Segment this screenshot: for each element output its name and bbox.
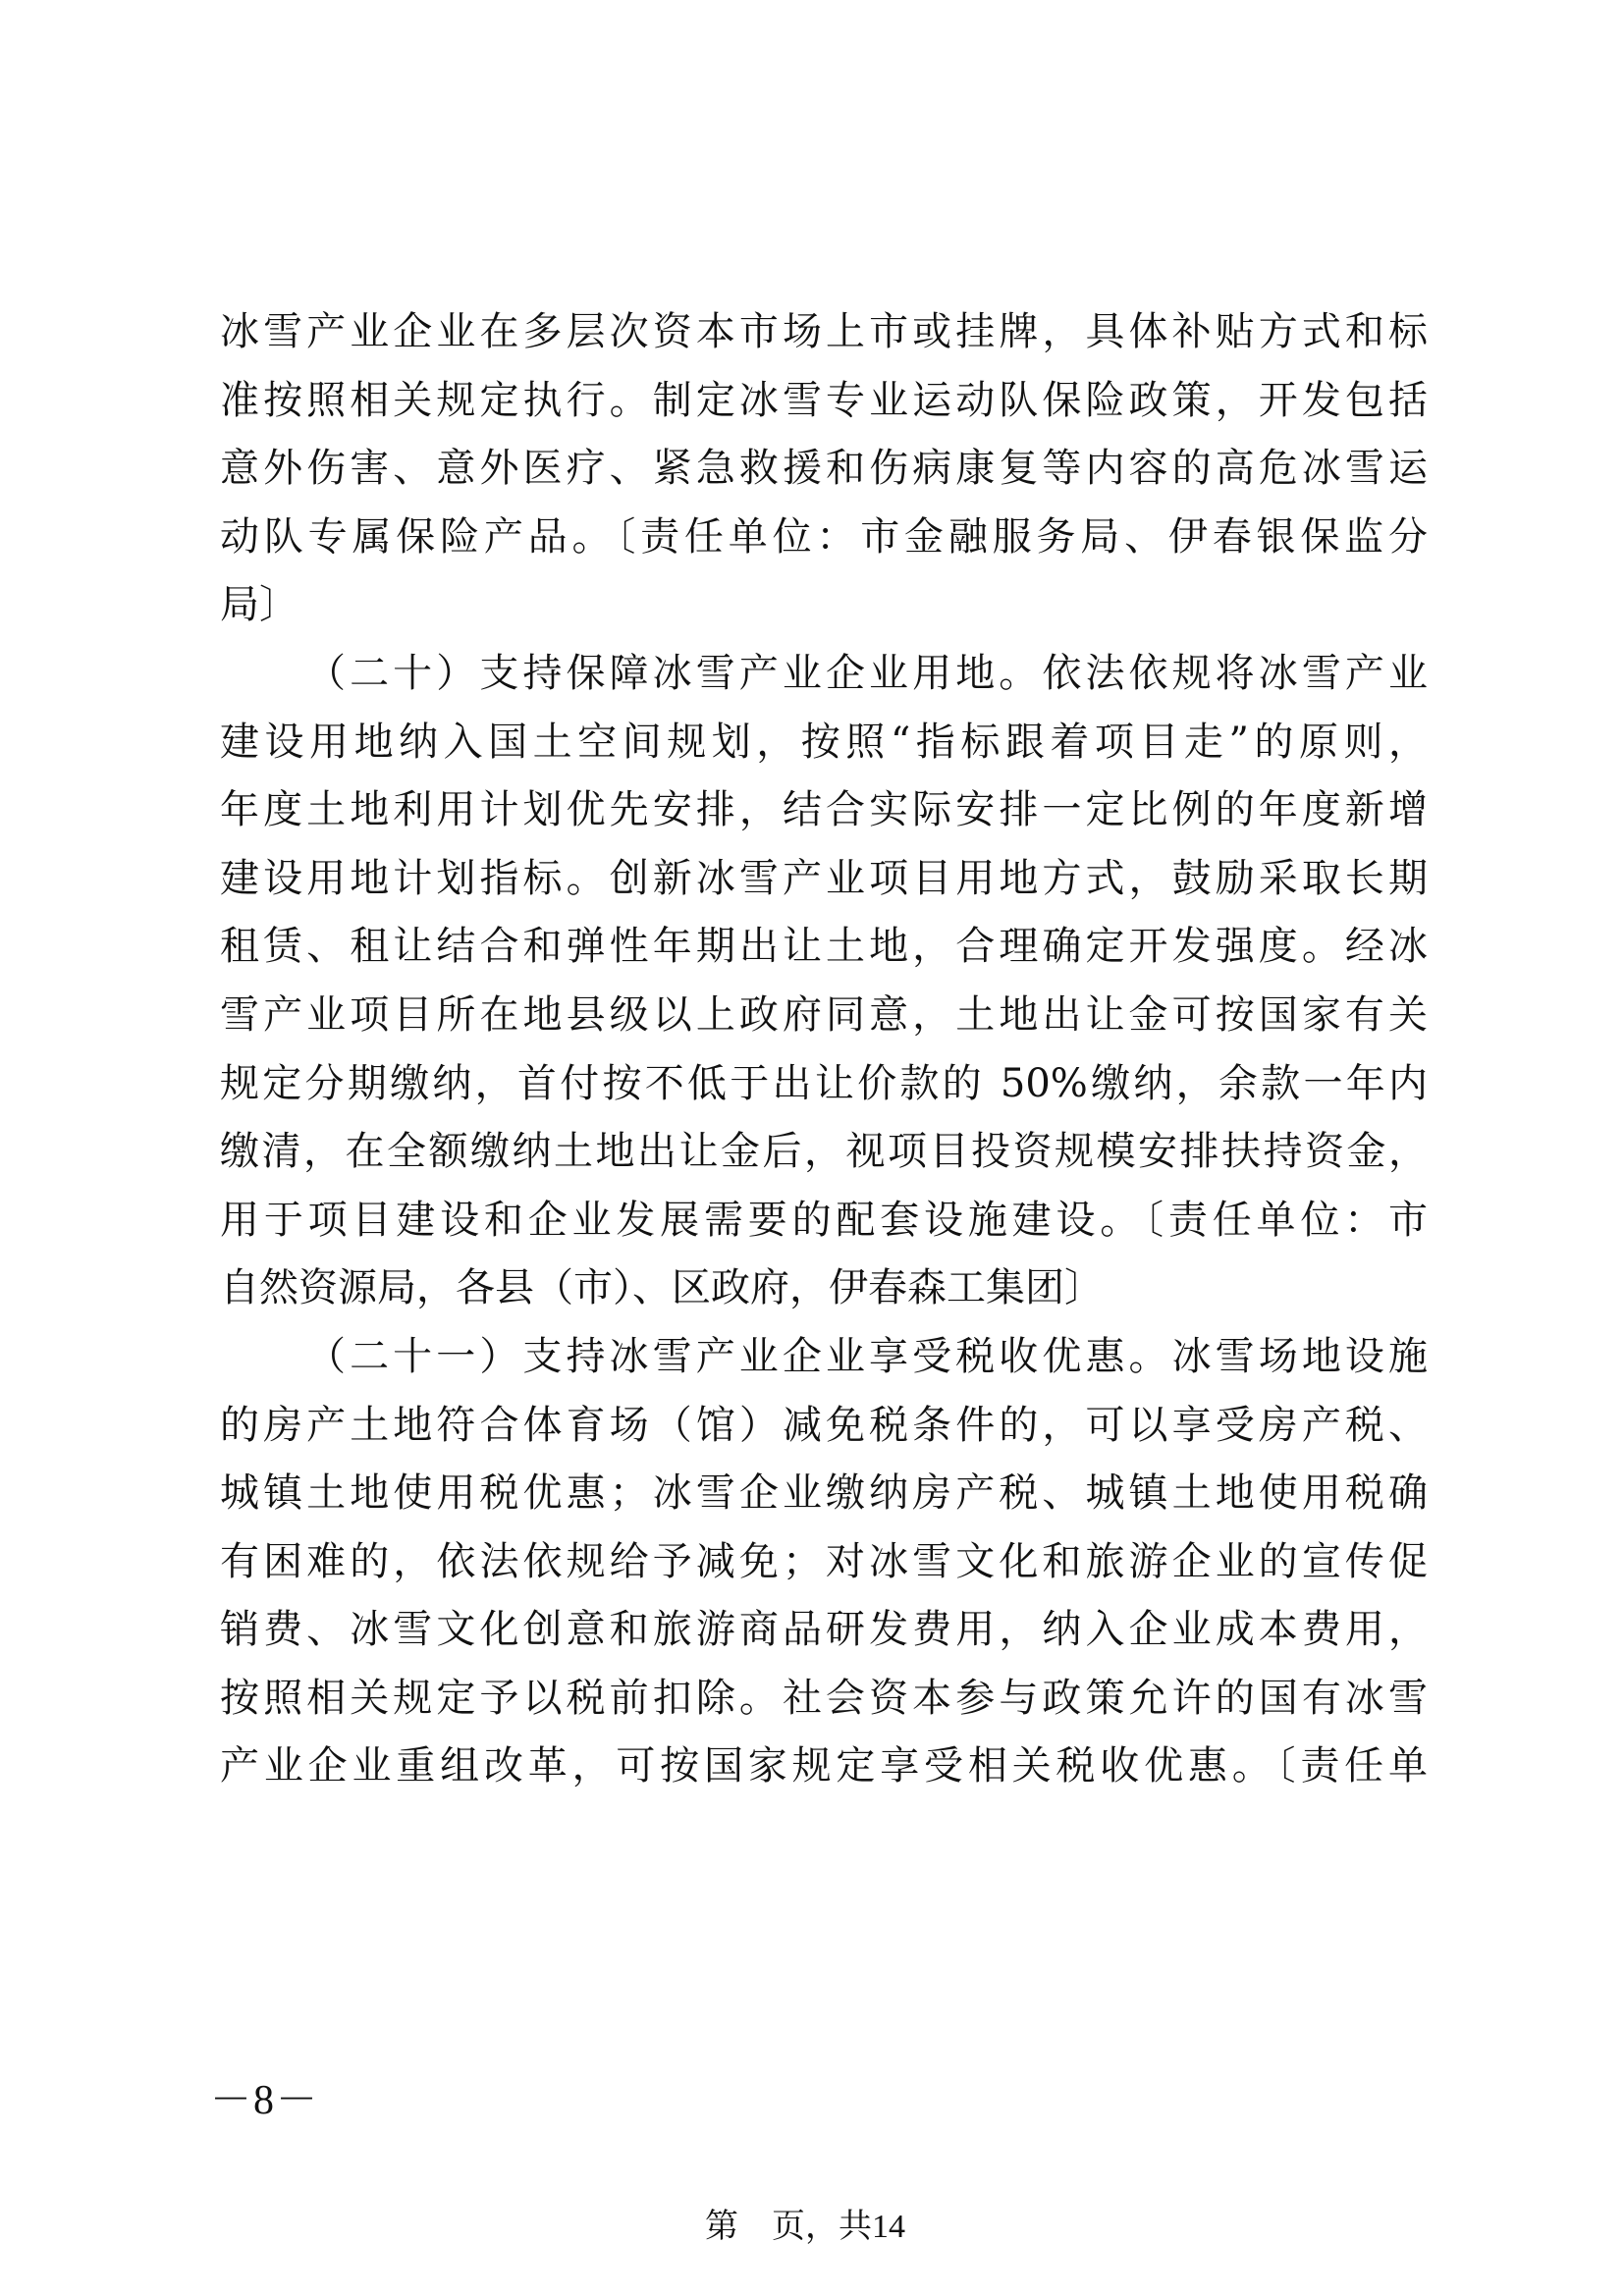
text-line: 产业企业重组改革，可按国家规定享受相关税收优惠。〔责任单 <box>220 1733 1428 1801</box>
text-line: 有困难的，依法依规给予减免；对冰雪文化和旅游企业的宣传促 <box>220 1528 1428 1597</box>
text-line: 冰雪产业企业在多层次资本市场上市或挂牌，具体补贴方式和标 <box>220 298 1428 367</box>
text-line: 用于项目建设和企业发展需要的配套设施建设。〔责任单位：市 <box>220 1187 1428 1255</box>
text-line: 租赁、租让结合和弹性年期出让土地，合理确定开发强度。经冰 <box>220 913 1428 982</box>
page-footer: 第 页，共14 <box>511 2199 1100 2247</box>
text-line: 城镇土地使用税优惠；冰雪企业缴纳房产税、城镇土地使用税确 <box>220 1460 1428 1528</box>
text-line: 准按照相关规定执行。制定冰雪专业运动队保险政策，开发包括 <box>220 367 1428 436</box>
text-line: 的房产土地符合体育场（馆）减免税条件的，可以享受房产税、 <box>220 1392 1428 1461</box>
text-line: 动队专属保险产品。〔责任单位：市金融服务局、伊春银保监分 <box>220 504 1428 572</box>
document-body: 冰雪产业企业在多层次资本市场上市或挂牌，具体补贴方式和标 准按照相关规定执行。制… <box>220 298 1428 1801</box>
section-heading-line: （二十一）支持冰雪产业企业享受税收优惠。冰雪场地设施 <box>220 1323 1428 1392</box>
text-line: 局〕 <box>220 571 1428 640</box>
text-line: 缴清，在全额缴纳土地出让金后，视项目投资规模安排扶持资金， <box>220 1118 1428 1187</box>
text-line: 年度土地利用计划优先安排，结合实际安排一定比例的年度新增 <box>220 776 1428 845</box>
text-line: 建设用地纳入国土空间规划，按照“指标跟着项目走”的原则， <box>220 709 1428 777</box>
text-line: 按照相关规定予以税前扣除。社会资本参与政策允许的国有冰雪 <box>220 1665 1428 1734</box>
text-line: 规定分期缴纳，首付按不低于出让价款的 50%缴纳，余款一年内 <box>220 1050 1428 1119</box>
text-line: 意外伤害、意外医疗、紧急救援和伤病康复等内容的高危冰雪运 <box>220 435 1428 504</box>
page-number: －8－ <box>210 2067 319 2126</box>
document-page: 冰雪产业企业在多层次资本市场上市或挂牌，具体补贴方式和标 准按照相关规定执行。制… <box>0 0 1624 2296</box>
text-line: 建设用地计划指标。创新冰雪产业项目用地方式，鼓励采取长期 <box>220 845 1428 914</box>
text-line: 自然资源局，各县（市）、区政府，伊春森工集团〕 <box>220 1255 1428 1323</box>
text-line: 销费、冰雪文化创意和旅游商品研发费用，纳入企业成本费用， <box>220 1596 1428 1665</box>
section-heading-line: （二十）支持保障冰雪产业企业用地。依法依规将冰雪产业 <box>220 640 1428 709</box>
text-line: 雪产业项目所在地县级以上政府同意，土地出让金可按国家有关 <box>220 982 1428 1050</box>
